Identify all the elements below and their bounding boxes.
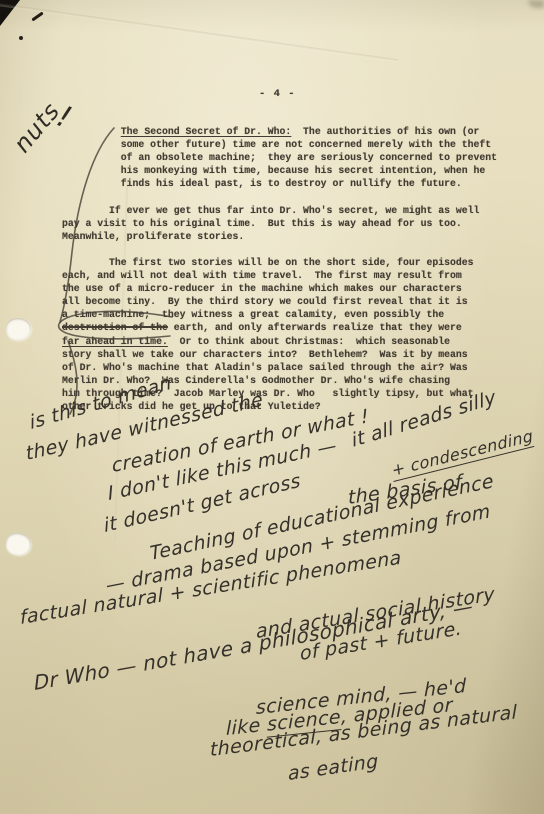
ink-scuff-mark: [31, 12, 43, 22]
page-number: - 4 -: [259, 88, 296, 100]
typed-segment: Merlin Dr. Who? Was Cinderella's Godmoth…: [62, 375, 450, 386]
typed-segment: all become tiny. By the third story we c…: [62, 296, 468, 307]
typed-segment: of Dr. Who's machine that Aladin's palac…: [62, 362, 468, 373]
typed-segment-u: far ahead in time.: [62, 336, 168, 347]
typed-line: [62, 190, 497, 203]
typed-segment: the use of a micro-reducer in the machin…: [62, 283, 462, 294]
typed-segment: of an obsolete machine; they are serious…: [62, 152, 497, 163]
typed-segment: pay a visit to his original time. But th…: [62, 218, 462, 229]
typed-segment: If ever we get thus far into Dr. Who's s…: [62, 205, 479, 216]
typed-segment-h: The Second Secret of Dr. Who:: [121, 126, 292, 137]
typed-line: destruction of the earth, and only after…: [62, 321, 497, 334]
ink-dot-mark: [19, 36, 23, 40]
typed-segment: earth, and only afterwards realize that …: [168, 322, 462, 333]
typed-line: The Second Secret of Dr. Who: The author…: [62, 125, 497, 138]
paper-crease: [0, 1, 398, 62]
document-page: { "document": { "page_number": "- 4 -", …: [0, 0, 544, 814]
typed-line: far ahead in time. Or to think about Chr…: [62, 335, 497, 348]
typed-text-block: The Second Secret of Dr. Who: The author…: [62, 125, 497, 413]
typed-segment: each, and will not deal with time travel…: [62, 270, 462, 281]
typed-line: all become tiny. By the third story we c…: [62, 295, 497, 308]
typed-segment: Or to think about Christmas: which seaso…: [168, 336, 450, 347]
edge-smudge: [528, 0, 544, 8]
typed-segment: [62, 126, 121, 137]
typed-line: If ever we get thus far into Dr. Who's s…: [62, 204, 497, 217]
typed-line: pay a visit to his original time. But th…: [62, 217, 497, 230]
typed-segment: his monkeying with time, because his sec…: [62, 165, 485, 176]
handwritten-underlined-word: + condescending: [391, 426, 535, 482]
typed-line: The first two stories will be on the sho…: [62, 256, 497, 269]
typed-line: finds his ideal past, is to destroy or n…: [62, 177, 497, 190]
typed-segment: finds his ideal past, is to destroy or n…: [62, 178, 462, 189]
typed-line: each, and will not deal with time travel…: [62, 269, 497, 282]
scan-corner-fold: [0, 0, 20, 26]
typed-line: his monkeying with time, because his sec…: [62, 164, 497, 177]
typed-line: of an obsolete machine; they are serious…: [62, 151, 497, 164]
handwritten-text: as eating: [288, 750, 379, 785]
typed-line: a time-machine; they witness a great cal…: [62, 308, 497, 321]
typed-segment: a time-machine; they witness a great cal…: [62, 309, 444, 320]
typed-segment-strike: destruction of the: [62, 322, 168, 333]
typed-line: [62, 243, 497, 256]
handwritten-line: as eating: [288, 750, 379, 785]
typed-line: story shall we take our characters into?…: [62, 348, 497, 361]
typed-segment: Meanwhile, proliferate stories.: [62, 231, 244, 242]
typed-segment: some other future) time are not concerne…: [62, 139, 491, 150]
typed-segment: The first two stories will be on the sho…: [62, 257, 474, 268]
typed-line: of Dr. Who's machine that Aladin's palac…: [62, 361, 497, 374]
typed-segment: The authorities of his own (or: [291, 126, 479, 137]
punch-hole-top: [6, 318, 31, 340]
typed-line: some other future) time are not concerne…: [62, 138, 497, 151]
typed-line: the use of a micro-reducer in the machin…: [62, 282, 497, 295]
punch-hole-bottom: [4, 531, 33, 558]
typed-line: Meanwhile, proliferate stories.: [62, 230, 497, 243]
typed-segment: story shall we take our characters into?…: [62, 349, 468, 360]
